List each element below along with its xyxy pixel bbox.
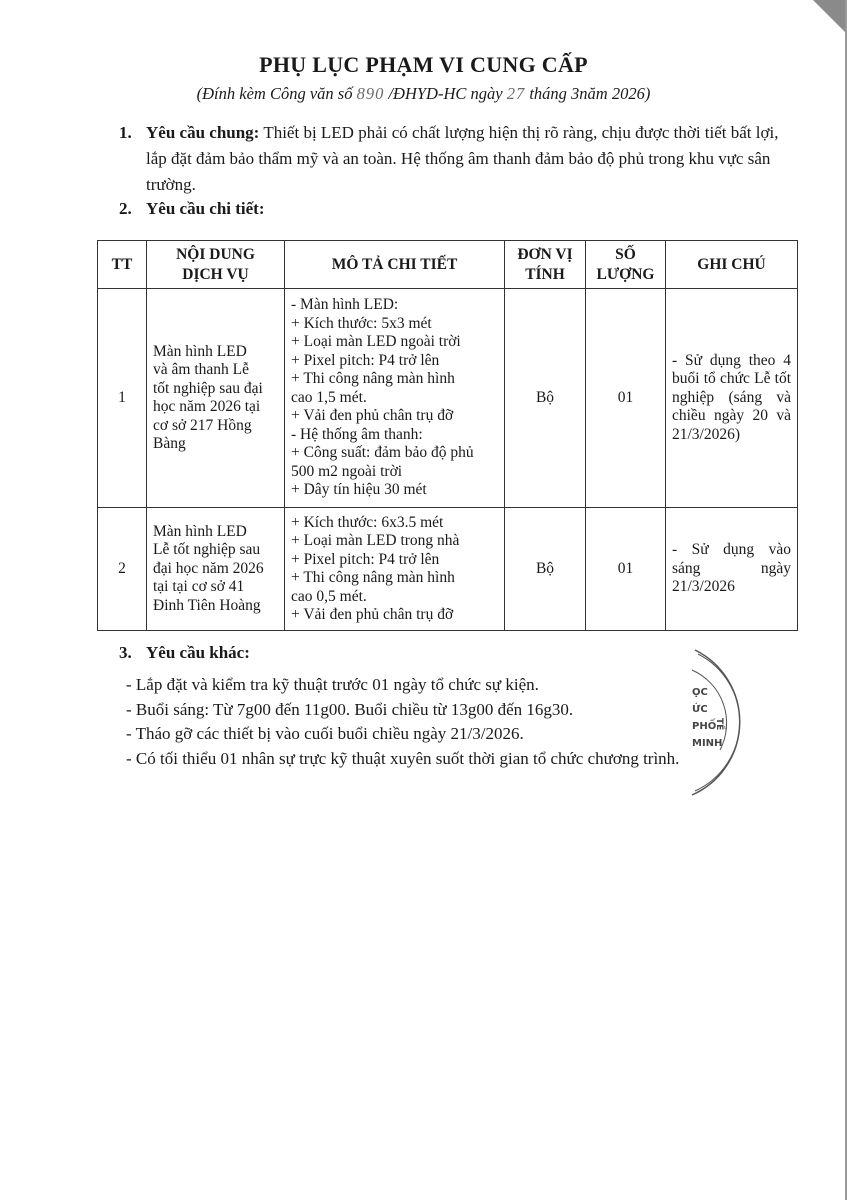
header-note: GHI CHÚ xyxy=(666,241,798,289)
cell-quantity: 01 xyxy=(586,289,666,508)
section-other: 3. Yêu cầu khác: xyxy=(146,640,250,666)
header-unit: ĐƠN VỊTÍNH xyxy=(505,241,586,289)
svg-text:ỌC: ỌC xyxy=(692,687,708,698)
svg-text:PHỐ: PHỐ xyxy=(692,717,716,732)
list-item: - Buổi sáng: Từ 7g00 đến 11g00. Buổi chi… xyxy=(126,698,679,723)
section-label: Yêu cầu chung: xyxy=(146,123,259,142)
cell-tt: 1 xyxy=(98,289,147,508)
subtitle-month-label: tháng xyxy=(529,84,567,103)
list-item: - Tháo gỡ các thiết bị vào cuối buổi chi… xyxy=(126,722,679,747)
svg-text:MINH: MINH xyxy=(692,738,722,749)
header-description: MÔ TẢ CHI TIẾT xyxy=(285,241,505,289)
cell-unit: Bộ xyxy=(505,508,586,631)
svg-text:TẾ: TẾ xyxy=(714,718,727,731)
header-content: NỘI DUNGDỊCH VỤ xyxy=(147,241,285,289)
cell-tt: 2 xyxy=(98,508,147,631)
subtitle-prefix: (Đính kèm Công văn số xyxy=(197,84,353,103)
cell-quantity: 01 xyxy=(586,508,666,631)
svg-text:ỨC: ỨC xyxy=(692,702,708,715)
doc-day: 27 xyxy=(507,84,526,103)
document-title: PHỤ LỤC PHẠM VI CUNG CẤP xyxy=(0,52,847,78)
section-label: Yêu cầu khác: xyxy=(146,643,250,662)
section-label: Yêu cầu chi tiết: xyxy=(146,199,265,218)
cell-note: - Sử dụng vào sáng ngày 21/3/2026 xyxy=(666,508,798,631)
header-tt: TT xyxy=(98,241,147,289)
page-corner-fold xyxy=(813,0,847,34)
document-subtitle: (Đính kèm Công văn số 890 /ĐHYD-HC ngày … xyxy=(0,84,847,104)
list-item: - Có tối thiểu 01 nhân sự trực kỹ thuật … xyxy=(126,747,679,772)
cell-content: Màn hình LEDLễ tốt nghiệp sauđại học năm… xyxy=(147,508,285,631)
header-quantity: SỐLƯỢNG xyxy=(586,241,666,289)
other-requirements-list: - Lắp đặt và kiểm tra kỹ thuật trước 01 … xyxy=(126,673,679,771)
cell-description: + Kích thước: 6x3.5 mét+ Loại màn LED tr… xyxy=(285,508,505,631)
list-item: - Lắp đặt và kiểm tra kỹ thuật trước 01 … xyxy=(126,673,679,698)
section-number: 3. xyxy=(119,640,132,666)
cell-unit: Bộ xyxy=(505,289,586,508)
section-general: 1. Yêu cầu chung: Thiết bị LED phải có c… xyxy=(146,120,786,198)
table-row: 1Màn hình LEDvà âm thanh Lễtốt nghiệp sa… xyxy=(98,289,798,508)
cell-description: - Màn hình LED:+ Kích thước: 5x3 mét+ Lo… xyxy=(285,289,505,508)
scope-table: TT NỘI DUNGDỊCH VỤ MÔ TẢ CHI TIẾT ĐƠN VỊ… xyxy=(97,240,798,631)
doc-number: 890 xyxy=(357,84,385,103)
section-number: 1. xyxy=(119,120,132,146)
section-detail: 2. Yêu cầu chi tiết: xyxy=(146,196,786,222)
subtitle-middle: /ĐHYD-HC ngày xyxy=(388,84,502,103)
cell-content: Màn hình LEDvà âm thanh Lễtốt nghiệp sau… xyxy=(147,289,285,508)
section-number: 2. xyxy=(119,196,132,222)
table-row: 2Màn hình LEDLễ tốt nghiệp sauđại học nă… xyxy=(98,508,798,631)
table-header-row: TT NỘI DUNGDỊCH VỤ MÔ TẢ CHI TIẾT ĐƠN VỊ… xyxy=(98,241,798,289)
cell-note: - Sử dụng theo 4 buổi tổ chức Lễ tốt ngh… xyxy=(666,289,798,508)
subtitle-suffix: năm 2026) xyxy=(579,84,650,103)
